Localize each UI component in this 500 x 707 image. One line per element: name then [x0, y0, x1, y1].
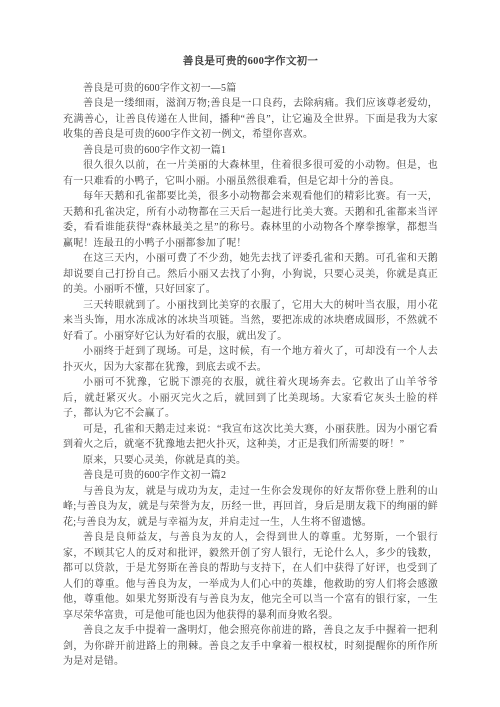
paragraph: 善良之友手中提着一盏明灯，他会照亮你前进的路，善良之友手中握着一把利剑，为你辟开…: [63, 623, 438, 670]
paragraph: 可是，孔雀和天鹅走过来说：“我宣布这次比美大赛，小丽获胜。因为小丽它看到着火之后…: [63, 422, 438, 453]
paragraph: 三天转眼就到了。小丽找到比美穿的衣服了，它用大大的树叶当衣服，用小花来当头饰，用…: [63, 298, 438, 345]
paragraph: 在这三天内，小丽可费了不少劲，她先去找了评委孔雀和天鹅。可孔雀和天鹅却说要自己打…: [63, 251, 438, 298]
paragraph: 小丽终于赶到了现场。可是，这时候，有一个地方着火了，可却没有一个人去扑灭火，因为…: [63, 344, 438, 375]
document-subtitle: 善良是可贵的600字作文初一—5篇: [63, 81, 438, 97]
paragraph: 与善良为友，就是与成功为友，走过一生你会发现你的好友帮你登上胜利的山峰;与善良为…: [63, 484, 438, 531]
paragraph: 每年天鹅和孔雀都要比美，很多小动物都会来观看他们的精彩比赛。有一天，天鹅和孔雀决…: [63, 189, 438, 251]
document-body: 善良是可贵的600字作文初一—5篇善良是一缕细雨，滋润万物;善良是一口良药，去除…: [63, 81, 438, 670]
section-heading: 善良是可贵的600字作文初一篇2: [63, 468, 438, 484]
document-page: 善良是可贵的600字作文初一 善良是可贵的600字作文初一—5篇善良是一缕细雨，…: [0, 0, 500, 707]
section-heading: 善良是可贵的600字作文初一篇1: [63, 143, 438, 159]
paragraph: 很久很久以前，在一片美丽的大森林里，住着很多很可爱的小动物。但是，也有一只难看的…: [63, 158, 438, 189]
paragraph: 小丽可不犹豫，它脱下漂亮的衣服，就往着火现场奔去。它救出了山羊爷爷后，就赶紧灭火…: [63, 375, 438, 422]
document-title: 善良是可贵的600字作文初一: [63, 54, 438, 70]
paragraph: 善良是一缕细雨，滋润万物;善良是一口良药，去除病痛。我们应该尊老爱幼，充满善心，…: [63, 96, 438, 143]
paragraph: 善良是良师益友，与善良为友的人，会得到世人的尊重。尤努斯，一个银行家，不顾其它人…: [63, 530, 438, 623]
paragraph: 原来，只要心灵美，你就是真的美。: [63, 453, 438, 469]
